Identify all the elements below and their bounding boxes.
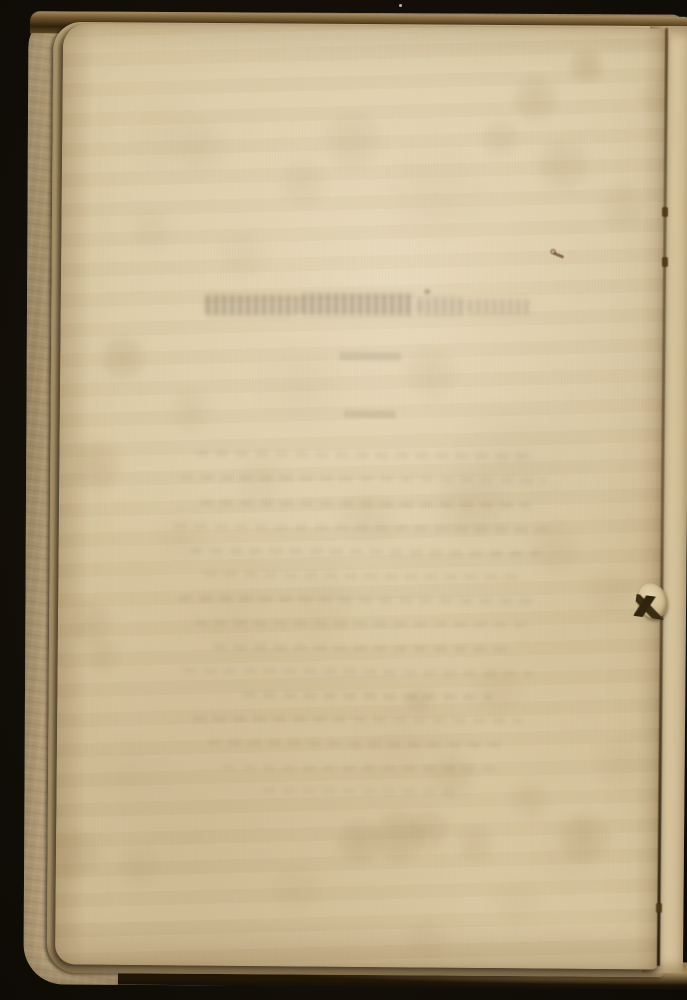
showthrough-text-line: [204, 572, 524, 581]
showthrough-text-line: [193, 716, 523, 725]
showthrough-text-line: [175, 523, 550, 532]
showthrough-mark: [339, 352, 401, 362]
thread-dark-strands: [634, 594, 667, 620]
showthrough-text-line: [243, 692, 493, 700]
showthrough-title-segment: [206, 295, 298, 315]
showthrough-text-line: [179, 595, 539, 604]
dust-speck: [399, 4, 402, 7]
showthrough-title-segment: [468, 299, 532, 314]
showthrough-text-line: [183, 667, 533, 676]
showthrough-mark: [344, 410, 396, 418]
showthrough-text-line: [180, 474, 545, 483]
showthrough-text-line: [200, 500, 530, 509]
ink-showthrough: [55, 23, 667, 969]
showthrough-mark: [425, 290, 430, 294]
showthrough-text-line: [223, 764, 503, 772]
blank-book-page: [55, 23, 667, 969]
showthrough-text-line: [194, 620, 534, 629]
showthrough-text-line: [195, 451, 535, 460]
showthrough-text-line: [262, 787, 462, 795]
book-photo: Photograph of an antique book lying open…: [0, 0, 687, 1000]
showthrough-title-segment: [302, 294, 414, 315]
binding-thread-knot: [630, 576, 674, 634]
showthrough-text-line: [189, 548, 539, 557]
showthrough-text-line: [214, 644, 514, 653]
showthrough-text-line: [208, 740, 508, 749]
showthrough-title-segment: [418, 298, 464, 315]
ink-speck: [550, 248, 566, 262]
